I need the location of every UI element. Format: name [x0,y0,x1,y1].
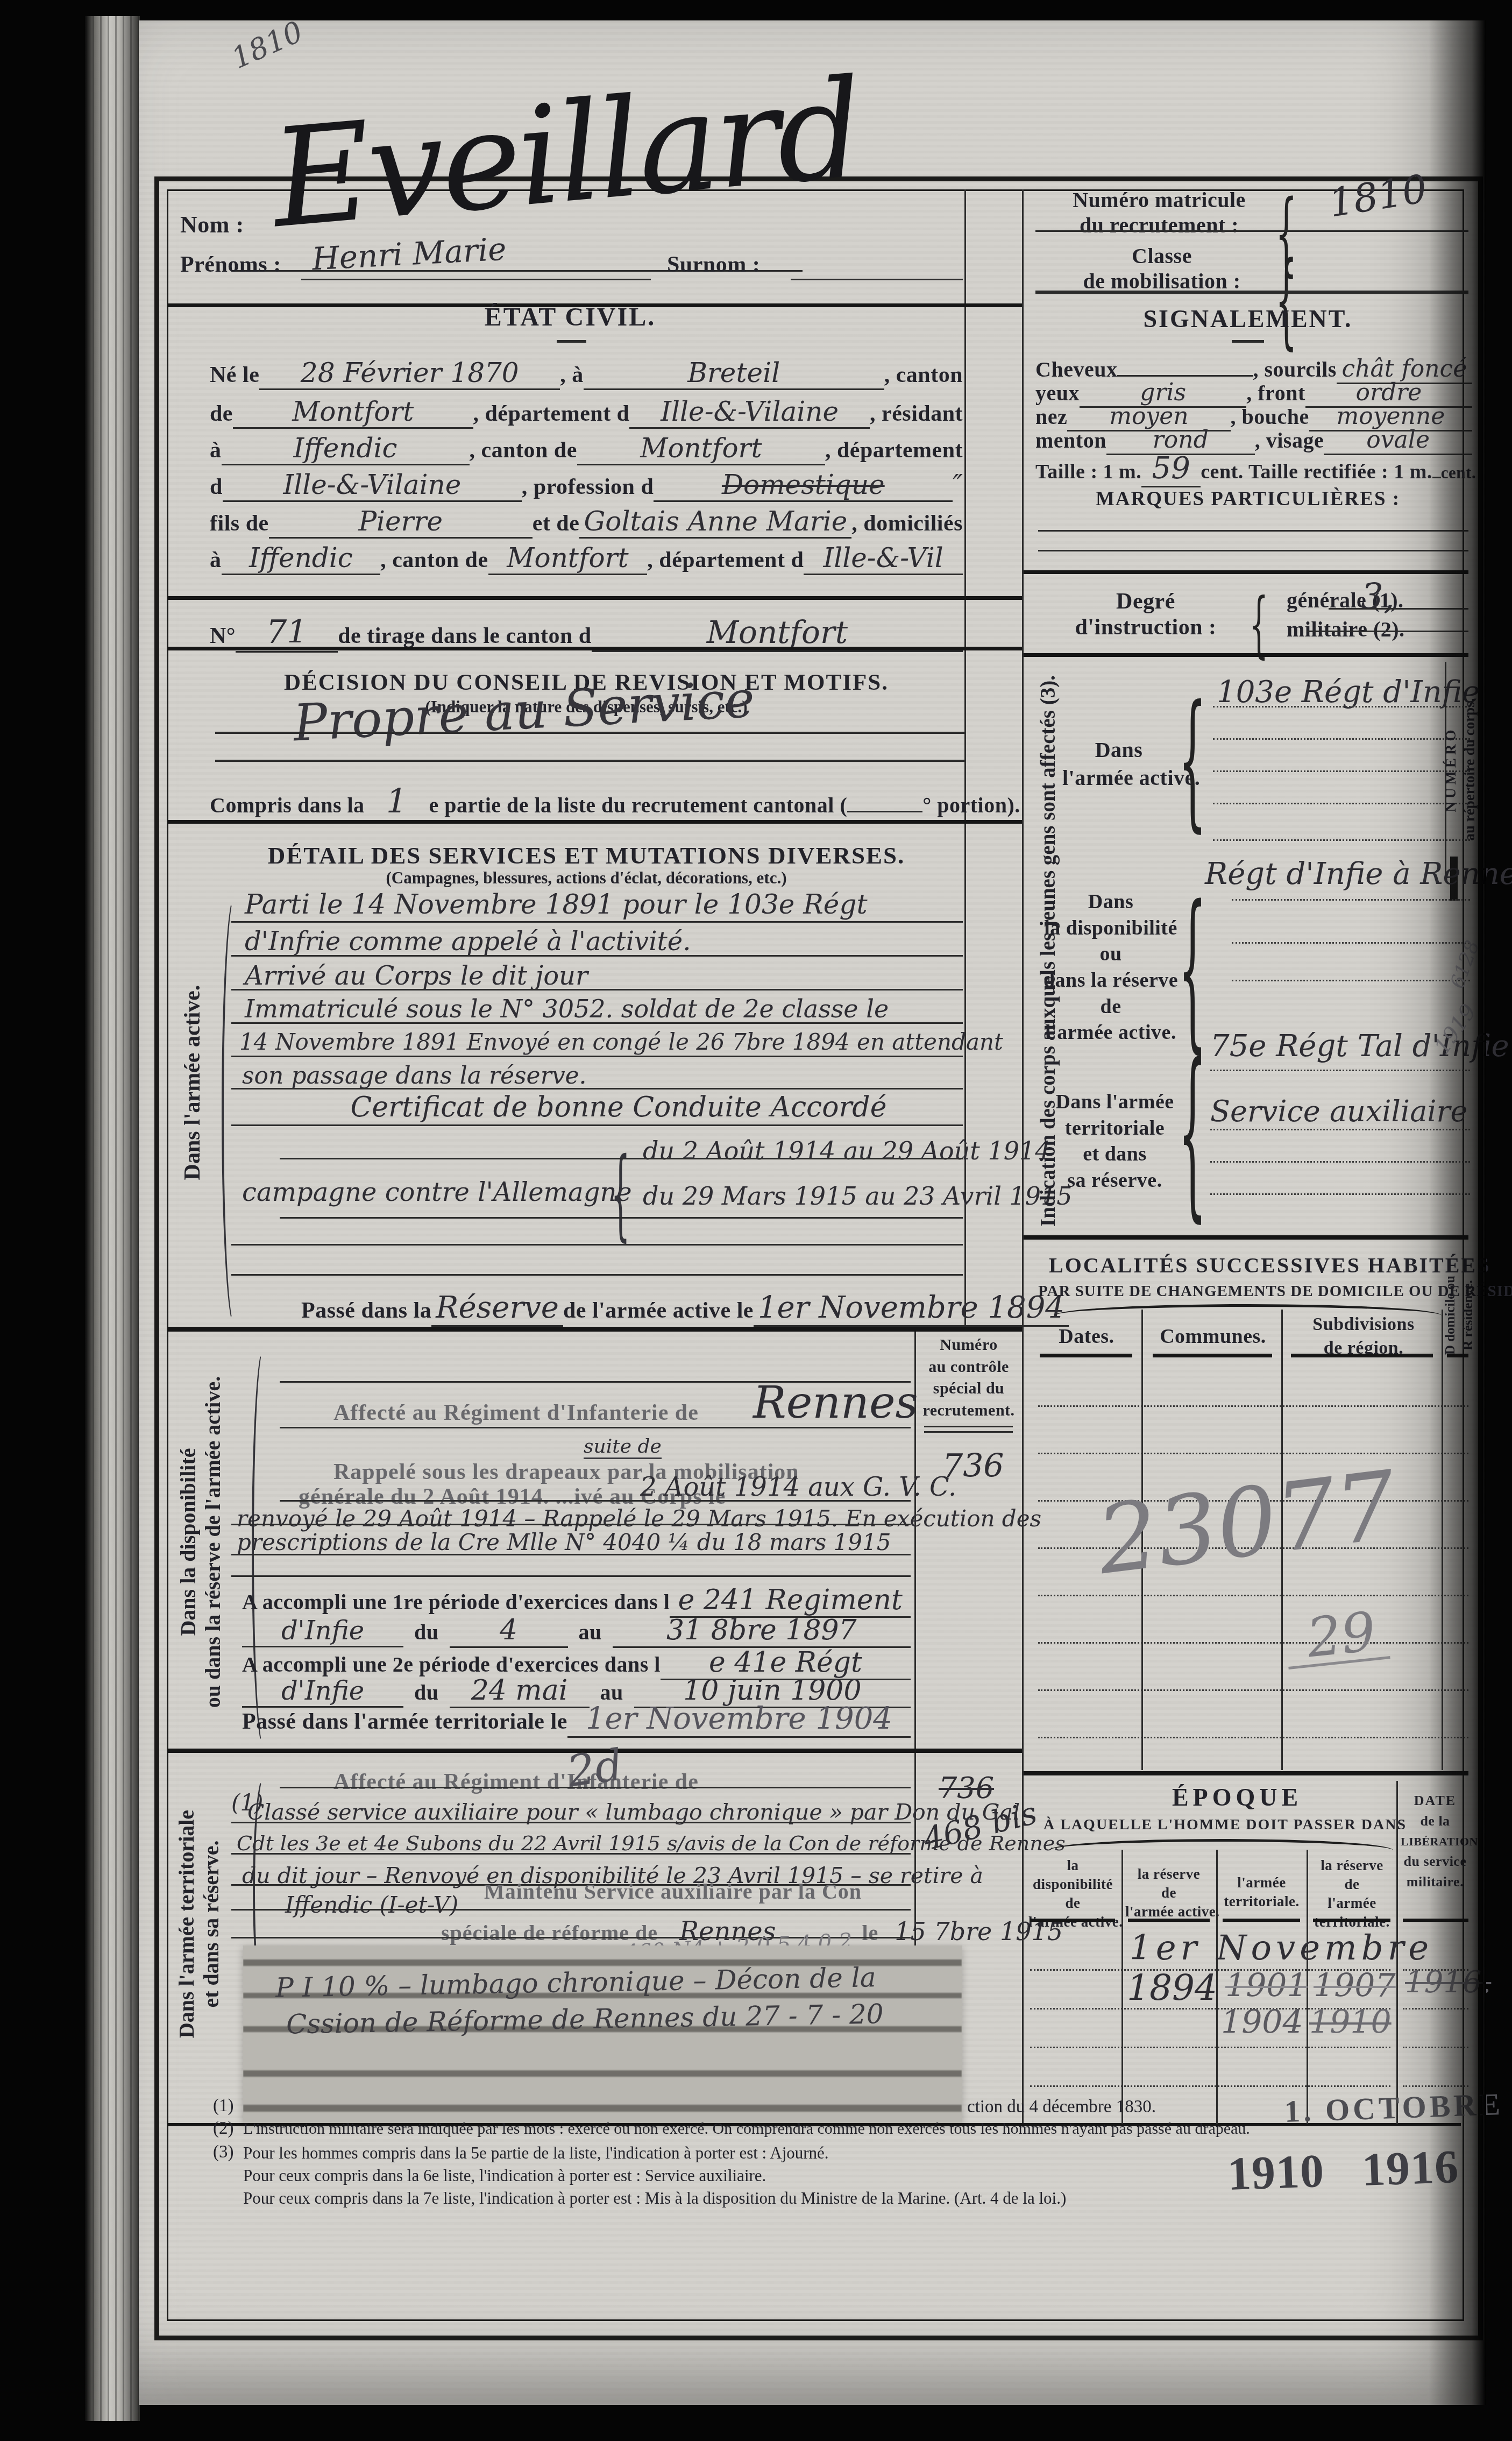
cheveux-label: Cheveux [1035,357,1117,382]
label: , département d [647,547,804,573]
campagne-date: du 29 Mars 1915 au 23 Avril 1915 [643,1181,1073,1211]
compris-row: Compris dans la 1 e partie de la liste d… [210,781,968,822]
territoriale-hw: Classé service auxiliaire pour « lumbago… [247,1799,1020,1825]
corps-brace: { [1179,674,1207,846]
taille-rectifiee-label: cent. Taille rectifiée : 1 m. [1201,460,1432,484]
side-label-line: ou dans la réserve de l'armée active. [201,1376,225,1708]
etat-civil-line: à Iffendic , canton de Montfort , départ… [210,433,963,465]
dotted-rule [1038,1453,1468,1454]
label: Passé dans l'armée territoriale le [242,1709,567,1735]
label: du [403,1619,450,1645]
rule-line [1035,230,1468,232]
value: 31 8bre 1897 [613,1614,911,1648]
value: Ille-&-Vil [804,542,963,575]
title-tiret [557,340,586,343]
rule-line [1038,550,1468,551]
label: A accompli une 2e période d'exercices da… [242,1652,661,1677]
value: e 241 Regiment [670,1584,911,1618]
signalement-title: SIGNALEMENT. [1076,305,1420,333]
territoriale-hw: Iffendic (I-et-V) [285,1892,458,1918]
rule-line [231,1056,963,1057]
periode-row: A accompli une 1re période d'exercices d… [242,1584,911,1618]
label-line: territoriale [1065,1117,1165,1140]
label-line: de [1161,1885,1176,1901]
label: Né le [210,362,259,388]
rule-line [280,1158,963,1159]
rule-line [231,1124,963,1126]
nom-label: Nom : [180,211,244,238]
footnote-marker: (3) [213,2142,233,2162]
classe-label: Classe de mobilisation : [1049,243,1275,294]
dotted-rule [1030,2085,1390,2087]
label: de [210,401,233,427]
campagne-date: du 2 Août 1914 au 29 Août 1914 [643,1136,1050,1165]
epoque-subtitle: À LAQUELLE L'HOMME DOIT PASSER DANS [1044,1816,1399,1834]
label: , résidant [870,401,963,427]
rule-line [231,955,963,957]
rule-line [231,989,963,990]
label-line: disponibilité [1033,1876,1113,1892]
section-rule [1024,570,1468,574]
side-label-line: et dans sa réserve. [199,1840,223,2007]
bouche-label: , bouche [1231,404,1309,429]
passe-reserve-row: Passé dans la Réserve de l'armée active … [301,1290,966,1327]
rule-line [280,1427,911,1428]
label: , canton [884,362,963,388]
epoque-col2-header: la réserve de l'armée active. [1125,1865,1212,1921]
value-struck: Domestique [654,469,953,502]
dotted-rule [1030,2047,1390,2048]
certificat-line: Certificat de bonne Conduite Accordé [323,1091,914,1123]
slip-line: Cssion de Réforme de Rennes du 27 - 7 - … [286,1998,884,2040]
localites-title: LOCALITÉS SUCCESSIVES HABITÉES [1049,1253,1447,1278]
generale-value: 3, [1361,576,1395,617]
rule-line [231,1244,963,1246]
matricule-label-1: Numéro matricule [1073,188,1246,212]
degre-label-2: d'instruction : [1075,615,1216,640]
label-line: la réserve [1321,1857,1383,1873]
degre-label-1: Degré [1116,589,1175,614]
label: au [568,1619,613,1645]
rule-line [231,1274,963,1276]
ditto-mark: ″ [953,469,963,500]
rule-line [231,1909,911,1911]
campagne-label: campagne contre l'Allemagne [242,1177,632,1207]
epoque-terr-value: 1904 [1221,2004,1303,2041]
rule-line [1035,291,1468,294]
menton-label: menton [1035,428,1106,453]
label-line: Dans [1095,738,1143,762]
classe-label-2: de mobilisation : [1083,269,1241,293]
value: d'Infie [242,1616,403,1647]
controle-label-line: recrutement. [922,1402,1014,1419]
label-line: de [1101,995,1121,1018]
header-rule [1291,1354,1433,1357]
label-line: l'armée active. [1028,1914,1123,1930]
dotted-rule [1038,1642,1468,1644]
label: , département d [473,401,630,427]
value: Montfort [488,542,648,575]
label: , domiciliés [851,511,963,536]
label-line: et dans [1083,1143,1147,1165]
footnote-text: ction du 4 décembre 1830. [967,2097,1156,2117]
dotted-rule [1038,1405,1468,1407]
dotted-rule [1038,1737,1468,1738]
value: Goltais Anne Marie [579,506,851,539]
smear-line [243,2105,962,2112]
militaire-label: militaire (2). [1287,617,1405,642]
corps-terr-label: Dans l'armée territoriale et dans sa rés… [1038,1089,1191,1194]
taille-label: Taille : 1 m. [1035,460,1141,484]
insert-word: suite de [584,1435,662,1459]
book-page-stack-edge [85,16,140,2421]
epoque-terr-value-old: 1901 [1225,1967,1308,2005]
value: Réserve [431,1290,563,1327]
label: ° portion). [922,793,1020,818]
cheveux-value [1117,375,1253,377]
dotted-rule [1038,1689,1468,1691]
taille-row: Taille : 1 m. 59 cent. Taille rectifiée … [1035,451,1472,487]
epoque-reserve-value: 1894 [1127,1967,1217,2008]
rule-line [231,1554,911,1555]
rule-line [924,1431,1013,1433]
marques-title: MARQUES PARTICULIÈRES : [1076,487,1420,511]
etat-civil-line: à Iffendic , canton de Montfort , départ… [210,542,963,575]
rule-line [231,1022,963,1024]
label: Passé dans la [301,1298,431,1324]
rappel-hw: prescriptions de la Cre Mlle N° 4040 ¼ d… [237,1529,891,1555]
label: Compris dans la [210,793,365,818]
rule-line [215,732,964,734]
value: Montfort [577,433,825,465]
service-line: Immatriculé sous le N° 3052. soldat de 2… [245,994,889,1023]
epoque-title: ÉPOQUE [1076,1783,1399,1812]
sourcils-label: , sourcils [1253,357,1337,382]
section-rule [168,647,1022,650]
margin-bracket [222,896,247,1326]
degre-label: Degré d'instruction : [1049,589,1243,640]
label: et de [533,511,580,536]
value: 1er Novembre 1894 [754,1290,1069,1327]
footnote-text: Pour ceux compris dans la 7e liste, l'in… [243,2189,1066,2208]
label: , à [560,362,584,388]
label-line: sa réserve. [1067,1169,1162,1192]
label-line: l'armée active. [1125,1904,1219,1920]
maintenu-stamp: Maintenu Service auxiliaire par la Con [484,1879,862,1904]
side-label-armee-active: Dans l'armée active. [180,878,205,1287]
front-label: , front [1246,380,1305,406]
portion-blank [847,811,922,812]
corps-brace: { [1179,1025,1207,1239]
col-header-communes: Communes. [1148,1325,1277,1348]
smear-line [243,2070,962,2077]
label: e partie de la liste du recrutement cant… [429,793,848,818]
affecte-stamp: Affecté au Régiment d'Infanterie de [333,1400,699,1426]
rule-line [280,1217,963,1219]
table-vertical [1121,1850,1123,2124]
label-line: de [1345,1876,1360,1892]
etat-civil-line: d Ille-&-Vilaine , profession d Domestiq… [210,469,963,502]
side-label-territoriale: Dans l'armée territoriale et dans sa rés… [174,1771,224,2077]
label: d [210,474,223,500]
label-line: l'armée [1328,1895,1376,1911]
label-line: la [1067,1857,1078,1873]
partie-value: 1 [365,781,429,822]
side-label-disponibilite: Dans la disponibilité ou dans la réserve… [176,1332,225,1752]
value: Iffendic [222,542,381,575]
etat-civil-line: fils de Pierre et de Goltais Anne Marie … [210,506,963,539]
value: Ille-&-Vilaine [629,396,870,429]
campagne-brace: { [611,1136,630,1251]
etat-civil-line: Né le 28 Février 1870 , à Breteil , cant… [210,357,963,390]
territoriale-hw: Cdt les 3e et 4e Subons du 22 Avril 1915… [237,1831,1066,1855]
value: 4 [450,1614,568,1648]
epoque-col3-header: l'armée territoriale. [1220,1873,1303,1911]
col-header-dates: Dates. [1035,1325,1138,1348]
section-rule [168,820,1022,824]
nez-label: nez [1035,404,1067,429]
rule-line [231,1575,911,1577]
label-line: l'armée [1237,1874,1286,1891]
footnote-marker: (2) [213,2119,233,2139]
services-subtitle: (Campagnes, blessures, actions d'éclat, … [237,868,936,888]
tirage-text: de tirage dans le canton d [338,623,592,649]
label-line: la réserve [1138,1866,1201,1882]
classe-label-1: Classe [1132,244,1192,268]
footnote-text: L'instruction militaire sera indiquée pa… [243,2120,1250,2138]
periode-row: d'Infie du 4 au 31 8bre 1897 [242,1614,911,1648]
label: , département [825,437,963,463]
label: fils de [210,511,269,536]
controle-label-line: spécial du [933,1379,1005,1397]
value: Iffendic [222,433,470,465]
band-rule [1024,1771,1468,1775]
footnote-marker: (1) [213,2096,233,2116]
scan-right-shadow [1429,20,1486,2405]
label: , canton de [470,437,577,463]
rule-line [924,1426,1013,1427]
label: à [210,547,222,573]
label: , profession d [522,474,654,500]
rule-line [231,1088,963,1089]
value: 28 Février 1870 [259,357,560,390]
service-line: son passage dans la réserve. [242,1062,587,1089]
epoque-terr-res-value-old: 1907 [1314,1967,1396,2005]
rule-line [280,1787,911,1788]
header-rule [1030,1919,1115,1922]
label: , canton de [380,547,488,573]
label-line: ou [1099,943,1121,965]
epoque-span-value: 1er Novembre [1130,1928,1433,1968]
label-line: Dans l'armée [1055,1091,1174,1113]
corps-dispo-label: Dans la disponibilité ou dans la réserve… [1038,889,1183,1046]
rule-line [215,760,964,762]
service-line: 14 Novembre 1891 Envoyé en congé le 26 7… [239,1029,1003,1055]
footnote-text: Pour les hommes compris dans la 5e parti… [243,2143,829,2163]
header-rule [1313,1919,1390,1922]
rule-line [301,279,651,280]
service-line: Arrivé au Corps le dit jour [245,961,588,991]
surnom-label: Surnom : [667,252,760,278]
passe-territoriale-row: Passé dans l'armée territoriale le 1er N… [242,1701,911,1738]
controle-label-line: au contrôle [928,1358,1009,1376]
title-tiret [1232,340,1264,343]
etat-civil-title: ÉTAT CIVIL. [301,302,839,332]
rule-line [280,1500,911,1502]
section-rule [168,596,1022,600]
label: de l'armée active le [563,1298,754,1324]
rappel-hw: renvoyé le 29 Août 1914 – Rappelé le 29 … [237,1505,1041,1532]
label-line: territoriale. [1314,1914,1390,1930]
classe-brace: { [1275,240,1297,360]
scanned-military-register-page: 1810 Eveillard Nom : Prénoms : Henri Mar… [0,0,1512,2441]
numero-label: N° [210,623,236,649]
label-line: Subdivisions [1312,1314,1414,1334]
rule-line [231,1524,911,1525]
side-label-line: Dans la disponibilité [176,1448,200,1636]
prenoms-label: Prénoms : [180,252,281,278]
label: A accompli une 1re période d'exercices d… [242,1589,670,1615]
value: 1er Novembre 1904 [567,1701,911,1738]
band-rule [1024,1235,1468,1240]
header-rule [1153,1354,1272,1357]
rule-line [231,1853,911,1855]
label-line: territoriale. [1224,1893,1300,1909]
value: Pierre [269,506,533,539]
controle-label-line: Numéro [940,1336,997,1354]
label-line: dans la réserve [1044,969,1178,992]
epoque-terr-res-value: 1910 [1309,2004,1392,2041]
affecte-value: Rennes [753,1377,918,1428]
value: Ille-&-Vilaine [223,469,522,502]
affecte-stamp: Affecté au Régiment d'Infanterie de [333,1769,699,1795]
service-line: Parti le 14 Novembre 1891 pour le 103e R… [245,889,868,920]
band-rule [168,1327,1022,1332]
service-line: d'Infrie comme appelé à l'activité. [245,926,691,957]
rule-line [1038,530,1468,532]
pasted-slip: P I 10 % – lumbago chronique – Décon de … [243,1945,962,2123]
footnote-text: Pour ceux compris dans la 6e liste, l'in… [243,2166,766,2185]
services-title: DÉTAIL DES SERVICES ET MUTATIONS DIVERSE… [237,841,936,869]
rule-line [231,1822,911,1823]
value: Breteil [584,357,884,390]
matricule-label-2: du recrutement : [1080,213,1239,237]
visage-label: , visage [1255,428,1324,453]
label-line: l'armée active. [1045,1021,1176,1044]
controle-header: Numéro au contrôle spécial du recrutemen… [917,1334,1020,1421]
header-rule [1128,1919,1210,1922]
stamp-1910: 1910 [1226,2144,1325,2202]
dotted-rule [1038,1595,1468,1596]
corps-active-label: Dans l'armée active. [1062,736,1175,792]
label-line: la disponibilité [1044,917,1177,939]
value: Montfort [233,396,473,429]
yeux-label: yeux [1035,380,1080,406]
section-rule [1024,653,1468,657]
rappel-hw: 2 Août 1914 aux G. V. C. [640,1472,956,1502]
side-label-line: Dans l'armée territoriale [174,1810,198,2038]
etat-civil-line: de Montfort , département d Ille-&-Vilai… [210,396,963,429]
rule-line [231,921,963,923]
label-line: Dans [1088,890,1133,913]
label: à [210,437,222,463]
taille-value: 59 [1141,451,1201,487]
header-rule [1040,1354,1132,1357]
rule-line [791,279,963,280]
localites-subtitle: PAR SUITE DE CHANGEMENTS DE DOMICILE OU … [1038,1283,1458,1300]
header-rule [1223,1919,1300,1922]
label-line: de [1066,1895,1081,1911]
